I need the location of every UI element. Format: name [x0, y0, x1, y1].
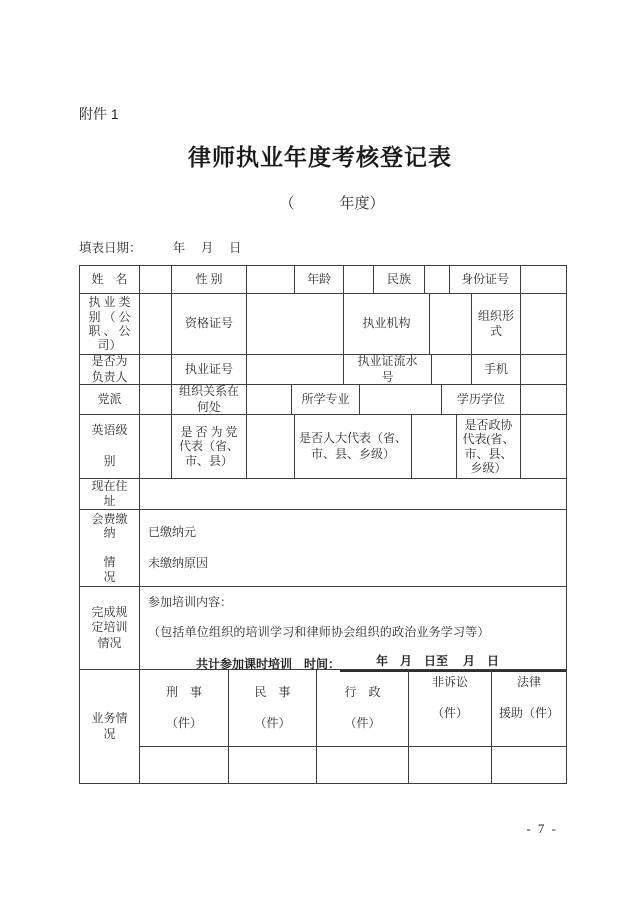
label-party: 党派	[80, 385, 139, 414]
training-content-area: 参加培训内容： （包括单位组织的培训学习和律师协会组织的政治业务学习等） 共计参…	[139, 587, 566, 669]
business-row: 业务情 况 刑 事 （件） 民 事 （件） 行 政 （件） 非诉讼 （件） 法律…	[80, 669, 566, 783]
value-org-form	[520, 294, 566, 354]
value-administrative-cases	[316, 747, 408, 783]
attachment-label: 附件 1	[79, 104, 119, 124]
membership-fee-content: 已缴纳元 未缴纳原因	[139, 510, 566, 586]
business-grid: 刑 事 （件） 民 事 （件） 行 政 （件） 非诉讼 （件） 法律 援助（件）	[139, 670, 566, 783]
training-note: （包括单位组织的培训学习和律师协会组织的政治业务学习等）	[148, 623, 566, 640]
table-row: 完成规 定培训 情况 参加培训内容： （包括单位组织的培训学习和律师协会组织的政…	[80, 586, 566, 669]
label-gender: 性 别	[171, 266, 246, 293]
fill-date-line: 填表日期： 年 月 日	[79, 238, 242, 256]
label-training-status: 完成规 定培训 情况	[80, 587, 139, 669]
table-row: 姓 名 性 别 年龄 民族 身份证号	[80, 266, 566, 293]
value-non-litigation-cases	[408, 747, 491, 783]
value-civil-cases	[228, 747, 316, 783]
label-org-form: 组织形 式	[471, 294, 520, 354]
scanned-form-page: 附件 1 律师执业年度考核登记表 （ 年度） 填表日期： 年 月 日 姓 名 性…	[0, 0, 640, 905]
table-row: 执 业 类 别 （ 公 职 、 公 司） 资格证号 执业机构 组织形 式	[80, 293, 566, 354]
label-education: 学历学位	[441, 385, 520, 414]
value-legal-aid-cases	[491, 747, 566, 783]
value-is-principal	[139, 355, 171, 384]
value-serial-no	[431, 355, 471, 384]
value-org-relation	[246, 385, 291, 414]
training-total-line: 共计参加课时培训 时间： 年 月 日至 月 日	[196, 652, 566, 672]
value-criminal-cases	[140, 747, 228, 783]
label-membership-fee: 会费缴 纳 情 况	[80, 510, 139, 586]
form-title: 律师执业年度考核登记表	[0, 139, 640, 172]
training-total-blank-line: 年 月 日至 月 日	[340, 652, 566, 672]
label-legal-aid-cases: 法律 援助（件）	[491, 670, 566, 746]
value-major	[359, 385, 441, 414]
table-row: 是否为 负责人 执业证号 执业证流水 号 手机	[80, 354, 566, 384]
label-business-status: 业务情 况	[80, 670, 139, 783]
label-org-relation: 组织关系在 何处	[171, 385, 246, 414]
value-qualification-no	[246, 294, 343, 354]
table-row: 党派 组织关系在 何处 所学专业 学历学位	[80, 384, 566, 414]
label-administrative-cases: 行 政 （件）	[316, 670, 408, 746]
label-qualification-no: 资格证号	[171, 294, 246, 354]
value-address	[139, 479, 566, 509]
label-practice-type: 执 业 类 别 （ 公 职 、 公 司）	[80, 294, 139, 354]
value-ethnic	[424, 266, 449, 293]
label-mobile: 手机	[471, 355, 520, 384]
table-row: 现在住 址	[80, 478, 566, 509]
value-name	[139, 266, 171, 293]
value-cert-no	[246, 355, 343, 384]
table-row: 英语级 别 是 否 为 党 代表（省、 市、县） 是否人大代表（省、 市、县、乡…	[80, 414, 566, 478]
value-age	[343, 266, 373, 293]
value-education	[520, 385, 566, 414]
label-cppcc-rep: 是否政协 代表(省、 市、县、 乡级）	[456, 415, 520, 478]
label-party-rep: 是 否 为 党 代表（省、 市、县）	[171, 415, 246, 478]
label-cert-no: 执业证号	[171, 355, 246, 384]
value-id-number	[520, 266, 566, 293]
value-party-rep	[246, 415, 294, 478]
year-subtitle: （ 年度）	[12, 192, 640, 213]
table-row: 会费缴 纳 情 况 已缴纳元 未缴纳原因	[80, 509, 566, 586]
label-name: 姓 名	[80, 266, 139, 293]
label-major: 所学专业	[291, 385, 359, 414]
label-serial-no: 执业证流水 号	[343, 355, 431, 384]
label-english-level: 英语级 别	[80, 415, 139, 478]
label-practice-org: 执业机构	[343, 294, 429, 354]
label-age: 年龄	[294, 266, 343, 293]
value-practice-type	[139, 294, 171, 354]
value-english-level	[139, 415, 171, 478]
label-address: 现在住 址	[80, 479, 139, 509]
business-value-row	[140, 747, 566, 783]
value-gender	[246, 266, 294, 293]
registration-table: 姓 名 性 别 年龄 民族 身份证号 执 业 类 别 （ 公 职 、 公 司） …	[79, 265, 567, 784]
label-criminal-cases: 刑 事 （件）	[140, 670, 228, 746]
value-mobile	[520, 355, 566, 384]
business-header-row: 刑 事 （件） 民 事 （件） 行 政 （件） 非诉讼 （件） 法律 援助（件）	[140, 670, 566, 747]
label-id-number: 身份证号	[449, 266, 520, 293]
label-is-principal: 是否为 负责人	[80, 355, 139, 384]
label-non-litigation-cases: 非诉讼 （件）	[408, 670, 491, 746]
value-cppcc-rep	[520, 415, 566, 478]
value-practice-org	[429, 294, 471, 354]
label-ethnic: 民族	[373, 266, 424, 293]
label-npc-rep: 是否人大代表（省、 市、县、乡级）	[294, 415, 411, 478]
page-number: - 7 -	[526, 821, 558, 837]
training-content-label: 参加培训内容：	[148, 593, 566, 610]
value-party	[139, 385, 171, 414]
label-civil-cases: 民 事 （件）	[228, 670, 316, 746]
value-npc-rep	[411, 415, 456, 478]
